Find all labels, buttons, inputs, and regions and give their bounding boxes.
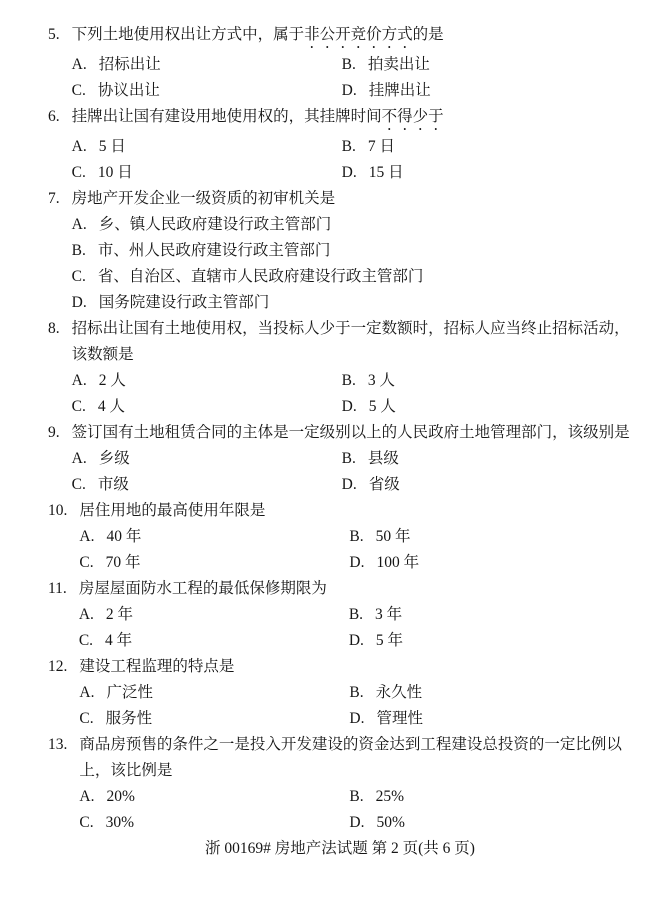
- option-b: B.拍卖出让: [342, 52, 632, 78]
- option-label: D.: [349, 550, 364, 576]
- option-text: 4 年: [105, 628, 132, 654]
- option-text: 30%: [106, 810, 134, 836]
- option-b: B.3 人: [342, 368, 632, 394]
- stem-emphasized-text: 不得少于: [382, 108, 444, 125]
- option-label: B.: [349, 524, 363, 550]
- option-c: C.70 年: [79, 550, 349, 576]
- question-body: 建设工程监理的特点是 A.广泛性 B.永久性 C.服务性 D.管理性: [79, 654, 632, 732]
- option-label: D.: [72, 290, 87, 316]
- option-b: B.7 日: [342, 134, 632, 160]
- option-label: C.: [72, 394, 86, 420]
- question-7: 7. 房地产开发企业一级资质的初审机关是 A.乡、镇人民政府建设行政主管部门 B…: [48, 186, 632, 316]
- option-text: 服务性: [106, 706, 153, 732]
- option-label: C.: [72, 264, 86, 290]
- option-b: B.50 年: [349, 524, 632, 550]
- options-grid: A.40 年 B.50 年 C.70 年 D.100 年: [79, 524, 632, 576]
- option-c: C.市级: [72, 472, 342, 498]
- option-b: B.县级: [342, 446, 632, 472]
- option-text: 3 年: [375, 602, 402, 628]
- question-number: 13.: [48, 732, 67, 758]
- options-grid: A.招标出让 B.拍卖出让 C.协议出让 D.挂牌出让: [72, 52, 632, 104]
- stem-text-line2: 上，该比例是: [79, 758, 632, 784]
- stem-text: 的是: [413, 26, 444, 43]
- option-text: 25%: [376, 784, 404, 810]
- option-b: B.25%: [349, 784, 632, 810]
- option-label: C.: [79, 550, 93, 576]
- option-c: C.10 日: [72, 160, 342, 186]
- option-b: B.3 年: [349, 602, 632, 628]
- option-a: A.乡级: [72, 446, 342, 472]
- option-label: C.: [79, 810, 93, 836]
- option-label: A.: [79, 602, 94, 628]
- option-b: B.永久性: [349, 680, 632, 706]
- question-body: 签订国有土地租赁合同的主体是一定级别以上的人民政府土地管理部门，该级别是 A.乡…: [72, 420, 632, 498]
- question-stem: 建设工程监理的特点是: [79, 654, 632, 680]
- option-label: A.: [72, 446, 87, 472]
- stem-text: 房地产开发企业一级资质的初审机关是: [72, 190, 336, 207]
- option-label: B.: [349, 784, 363, 810]
- option-label: B.: [342, 446, 356, 472]
- option-text: 15 日: [369, 160, 404, 186]
- option-text: 省、自治区、直辖市人民政府建设行政主管部门: [98, 264, 424, 290]
- stem-text: 居住用地的最高使用年限是: [79, 502, 265, 519]
- option-label: D.: [349, 706, 364, 732]
- option-text: 4 人: [98, 394, 125, 420]
- stem-text: 建设工程监理的特点是: [79, 658, 234, 675]
- option-d: D.国务院建设行政主管部门: [72, 290, 632, 316]
- option-c: C.30%: [79, 810, 349, 836]
- stem-text: 房屋屋面防水工程的最低保修期限为: [79, 580, 327, 597]
- option-label: B.: [342, 368, 356, 394]
- option-label: D.: [342, 160, 357, 186]
- option-text: 10 日: [98, 160, 133, 186]
- question-number: 7.: [48, 186, 60, 212]
- option-text: 永久性: [376, 680, 423, 706]
- question-body: 房屋屋面防水工程的最低保修期限为 A.2 年 B.3 年 C.4 年 D.5 年: [79, 576, 632, 654]
- question-body: 挂牌出让国有建设用地使用权的，其挂牌时间不得少于 A.5 日 B.7 日 C.1…: [72, 104, 632, 186]
- question-stem: 居住用地的最高使用年限是: [79, 498, 632, 524]
- option-d: D.100 年: [349, 550, 632, 576]
- option-text: 国务院建设行政主管部门: [99, 290, 270, 316]
- option-text: 5 日: [99, 134, 126, 160]
- option-text: 管理性: [376, 706, 423, 732]
- stem-text: 挂牌出让国有建设用地使用权的，其挂牌时间: [72, 108, 382, 125]
- option-text: 市、州人民政府建设行政主管部门: [98, 238, 331, 264]
- option-b: B.市、州人民政府建设行政主管部门: [72, 238, 632, 264]
- option-text: 2 年: [106, 602, 133, 628]
- option-text: 40 年: [106, 524, 141, 550]
- options-grid: A.广泛性 B.永久性 C.服务性 D.管理性: [79, 680, 632, 732]
- question-body: 招标出让国有土地使用权，当投标人少于一定数额时，招标人应当终止招标活动，该数额是…: [72, 316, 632, 420]
- option-text: 协议出让: [98, 78, 160, 104]
- option-text: 100 年: [376, 550, 419, 576]
- stem-text: 招标出让国有土地使用权，当投标人少于一定数额时，招标人应当终止招标活动，: [72, 320, 630, 337]
- option-text: 乡级: [99, 446, 130, 472]
- option-c: C.4 年: [79, 628, 349, 654]
- option-label: D.: [342, 78, 357, 104]
- question-11: 11. 房屋屋面防水工程的最低保修期限为 A.2 年 B.3 年 C.4 年 D…: [48, 576, 632, 654]
- option-label: B.: [349, 602, 363, 628]
- option-a: A.5 日: [72, 134, 342, 160]
- stem-emphasized-text: 非公开竞价方式: [304, 26, 413, 43]
- option-a: A.40 年: [79, 524, 349, 550]
- option-text: 5 人: [369, 394, 396, 420]
- option-label: A.: [79, 524, 94, 550]
- option-a: A.20%: [79, 784, 349, 810]
- option-text: 省级: [369, 472, 400, 498]
- question-number: 8.: [48, 316, 60, 342]
- option-text: 县级: [368, 446, 399, 472]
- option-label: C.: [72, 78, 86, 104]
- option-text: 市级: [98, 472, 129, 498]
- option-label: C.: [72, 472, 86, 498]
- question-12: 12. 建设工程监理的特点是 A.广泛性 B.永久性 C.服务性 D.管理性: [48, 654, 632, 732]
- question-stem: 房屋屋面防水工程的最低保修期限为: [79, 576, 632, 602]
- option-text: 乡、镇人民政府建设行政主管部门: [99, 212, 332, 238]
- option-text: 50 年: [376, 524, 411, 550]
- option-label: C.: [79, 706, 93, 732]
- question-stem: 房地产开发企业一级资质的初审机关是: [72, 186, 632, 212]
- question-stem: 签订国有土地租赁合同的主体是一定级别以上的人民政府土地管理部门，该级别是: [72, 420, 632, 446]
- stem-text: 下列土地使用权出让方式中，属于: [72, 26, 305, 43]
- options-grid: A.乡级 B.县级 C.市级 D.省级: [72, 446, 632, 498]
- option-a: A.广泛性: [79, 680, 349, 706]
- option-label: A.: [72, 52, 87, 78]
- stem-text-line2: 该数额是: [72, 342, 632, 368]
- option-label: A.: [79, 680, 94, 706]
- question-body: 居住用地的最高使用年限是 A.40 年 B.50 年 C.70 年 D.100 …: [79, 498, 632, 576]
- question-8: 8. 招标出让国有土地使用权，当投标人少于一定数额时，招标人应当终止招标活动，该…: [48, 316, 632, 420]
- question-5: 5. 下列土地使用权出让方式中，属于非公开竞价方式的是 A.招标出让 B.拍卖出…: [48, 22, 632, 104]
- page-footer: 浙 00169# 房地产法试题 第 2 页(共 6 页): [48, 836, 632, 862]
- option-text: 3 人: [368, 368, 395, 394]
- option-text: 挂牌出让: [369, 78, 431, 104]
- option-d: D.5 年: [349, 628, 632, 654]
- options-grid: A.2 人 B.3 人 C.4 人 D.5 人: [72, 368, 632, 420]
- option-text: 招标出让: [99, 52, 161, 78]
- question-number: 5.: [48, 22, 60, 48]
- option-label: A.: [79, 784, 94, 810]
- option-c: C.协议出让: [72, 78, 342, 104]
- option-d: D.省级: [342, 472, 632, 498]
- question-number: 10.: [48, 498, 67, 524]
- stem-text: 签订国有土地租赁合同的主体是一定级别以上的人民政府土地管理部门，该级别是: [72, 424, 630, 441]
- question-number: 6.: [48, 104, 60, 130]
- option-label: B.: [349, 680, 363, 706]
- question-body: 下列土地使用权出让方式中，属于非公开竞价方式的是 A.招标出让 B.拍卖出让 C…: [72, 22, 632, 104]
- question-body: 商品房预售的条件之一是投入开发建设的资金达到工程建设总投资的一定比例以上，该比例…: [79, 732, 632, 836]
- question-6: 6. 挂牌出让国有建设用地使用权的，其挂牌时间不得少于 A.5 日 B.7 日 …: [48, 104, 632, 186]
- question-9: 9. 签订国有土地租赁合同的主体是一定级别以上的人民政府土地管理部门，该级别是 …: [48, 420, 632, 498]
- question-stem: 挂牌出让国有建设用地使用权的，其挂牌时间不得少于: [72, 104, 632, 134]
- option-text: 2 人: [99, 368, 126, 394]
- exam-page: 5. 下列土地使用权出让方式中，属于非公开竞价方式的是 A.招标出让 B.拍卖出…: [0, 0, 662, 903]
- option-label: A.: [72, 134, 87, 160]
- question-stem: 下列土地使用权出让方式中，属于非公开竞价方式的是: [72, 22, 632, 52]
- option-label: B.: [342, 52, 356, 78]
- question-10: 10. 居住用地的最高使用年限是 A.40 年 B.50 年 C.70 年 D.…: [48, 498, 632, 576]
- question-number: 9.: [48, 420, 60, 446]
- option-label: D.: [349, 810, 364, 836]
- option-d: D.5 人: [342, 394, 632, 420]
- question-number: 12.: [48, 654, 67, 680]
- question-stem: 招标出让国有土地使用权，当投标人少于一定数额时，招标人应当终止招标活动，该数额是: [72, 316, 632, 368]
- option-text: 广泛性: [106, 680, 153, 706]
- option-d: D.挂牌出让: [342, 78, 632, 104]
- option-label: A.: [72, 368, 87, 394]
- option-label: B.: [342, 134, 356, 160]
- options-list: A.乡、镇人民政府建设行政主管部门 B.市、州人民政府建设行政主管部门 C.省、…: [72, 212, 632, 316]
- option-a: A.2 年: [79, 602, 349, 628]
- option-text: 拍卖出让: [368, 52, 430, 78]
- option-text: 50%: [376, 810, 404, 836]
- question-body: 房地产开发企业一级资质的初审机关是 A.乡、镇人民政府建设行政主管部门 B.市、…: [72, 186, 632, 316]
- option-text: 5 年: [376, 628, 403, 654]
- options-grid: A.5 日 B.7 日 C.10 日 D.15 日: [72, 134, 632, 186]
- option-label: C.: [72, 160, 86, 186]
- option-c: C.服务性: [79, 706, 349, 732]
- option-label: D.: [342, 472, 357, 498]
- option-text: 70 年: [106, 550, 141, 576]
- option-c: C.4 人: [72, 394, 342, 420]
- options-grid: A.20% B.25% C.30% D.50%: [79, 784, 632, 836]
- option-a: A.招标出让: [72, 52, 342, 78]
- option-d: D.50%: [349, 810, 632, 836]
- option-c: C.省、自治区、直辖市人民政府建设行政主管部门: [72, 264, 632, 290]
- option-label: C.: [79, 628, 93, 654]
- option-text: 20%: [106, 784, 134, 810]
- stem-text: 商品房预售的条件之一是投入开发建设的资金达到工程建设总投资的一定比例以: [79, 736, 622, 753]
- option-label: B.: [72, 238, 86, 264]
- option-label: D.: [342, 394, 357, 420]
- option-d: D.管理性: [349, 706, 632, 732]
- question-stem: 商品房预售的条件之一是投入开发建设的资金达到工程建设总投资的一定比例以上，该比例…: [79, 732, 632, 784]
- option-d: D.15 日: [342, 160, 632, 186]
- option-label: A.: [72, 212, 87, 238]
- question-number: 11.: [48, 576, 67, 602]
- option-a: A.2 人: [72, 368, 342, 394]
- question-13: 13. 商品房预售的条件之一是投入开发建设的资金达到工程建设总投资的一定比例以上…: [48, 732, 632, 836]
- option-label: D.: [349, 628, 364, 654]
- option-text: 7 日: [368, 134, 395, 160]
- option-a: A.乡、镇人民政府建设行政主管部门: [72, 212, 632, 238]
- options-grid: A.2 年 B.3 年 C.4 年 D.5 年: [79, 602, 632, 654]
